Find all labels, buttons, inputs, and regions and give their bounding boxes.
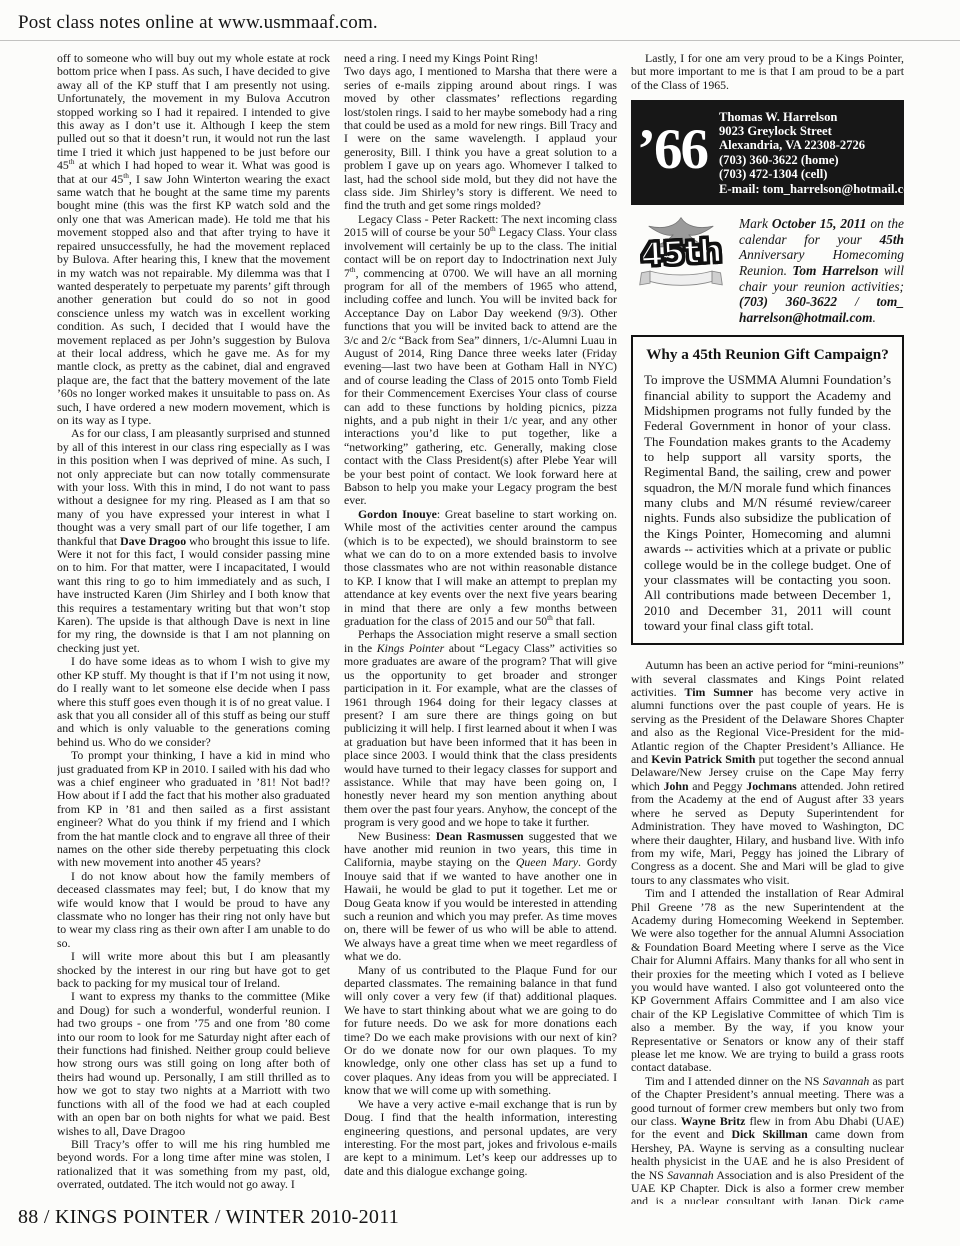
reunion-note: 45th Mark October 15, 2011 on the calend… — [631, 216, 904, 325]
paragraph: Many of us contributed to the Plaque Fun… — [344, 964, 617, 1098]
paragraph: Two days ago, I mentioned to Marsha that… — [344, 65, 617, 212]
column-1: off to someone who will buy out my whole… — [57, 52, 330, 1204]
paragraph: We have a very active e-mail exchange th… — [344, 1098, 617, 1178]
contact-line: (703) 360-3622 (home) — [719, 153, 905, 167]
column-3-continued: Autumn has been an active period for “mi… — [631, 659, 904, 1204]
gift-campaign-box: Why a 45th Reunion Gift Campaign? To imp… — [631, 335, 904, 645]
gift-campaign-body: To improve the USMMA Alumni Foundation’s… — [644, 372, 891, 633]
paragraph: I do not know about how the family membe… — [57, 870, 330, 950]
contact-line: E-mail: tom_harrelson@hotmail.com — [719, 182, 905, 196]
paragraph: Tim and I attended dinner on the NS Sava… — [631, 1075, 904, 1204]
paragraph: To prompt your thinking, I have a kid in… — [57, 749, 330, 870]
paragraph: off to someone who will buy out my whole… — [57, 52, 330, 427]
paragraph: Gordon Inouye: Great baseline to start w… — [344, 508, 617, 629]
contact-line: Thomas W. Harrelson — [719, 110, 905, 124]
contact-info: Thomas W. Harrelson9023 Greylock StreetA… — [719, 110, 905, 196]
header-divider — [0, 40, 960, 41]
paragraph: I do have some ideas as to whom I wish t… — [57, 655, 330, 749]
column-2: need a ring. I need my Kings Point Ring!… — [344, 52, 617, 1204]
column-3: Lastly, I for one am very proud to be a … — [631, 52, 904, 1204]
paragraph: As for our class, I am pleasantly surpri… — [57, 427, 330, 655]
paragraph: New Business: Dean Rasmussen suggested t… — [344, 830, 617, 964]
paragraph: I will write more about this but I am pl… — [57, 950, 330, 990]
paragraph: Bill Tracy’s offer to will me his ring h… — [57, 1138, 330, 1192]
paragraph: Autumn has been an active period for “mi… — [631, 659, 904, 887]
gift-campaign-title: Why a 45th Reunion Gift Campaign? — [644, 346, 891, 363]
magazine-page: Post class notes online at www.usmmaaf.c… — [0, 0, 960, 1246]
reunion-note-text: Mark October 15, 2011 on the calendar fo… — [739, 216, 904, 325]
45th-label: 45th — [630, 234, 732, 272]
45th-anniversary-logo: 45th — [631, 216, 731, 316]
paragraph: I want to express my thanks to the commi… — [57, 990, 330, 1137]
page-header: Post class notes online at www.usmmaaf.c… — [18, 12, 378, 34]
page-footer: 88 / KINGS POINTER / WINTER 2010-2011 — [18, 1206, 399, 1229]
text-columns: off to someone who will buy out my whole… — [57, 52, 905, 1204]
paragraph: need a ring. I need my Kings Point Ring! — [344, 52, 617, 65]
paragraph: Lastly, I for one am very proud to be a … — [631, 52, 904, 92]
contact-line: 9023 Greylock Street — [719, 124, 905, 138]
paragraph: Perhaps the Association might reserve a … — [344, 628, 617, 829]
class-year-label: ’66 — [637, 121, 707, 178]
paragraph: Legacy Class - Peter Rackett: The next i… — [344, 213, 617, 508]
class-66-contact-box: ’66 Thomas W. Harrelson9023 Greylock Str… — [631, 100, 904, 205]
contact-line: Alexandria, VA 22308-2726 — [719, 138, 905, 152]
paragraph: Tim and I attended the installation of R… — [631, 887, 904, 1075]
column-3-intro: Lastly, I for one am very proud to be a … — [631, 52, 904, 92]
contact-line: (703) 472-1304 (cell) — [719, 167, 905, 181]
